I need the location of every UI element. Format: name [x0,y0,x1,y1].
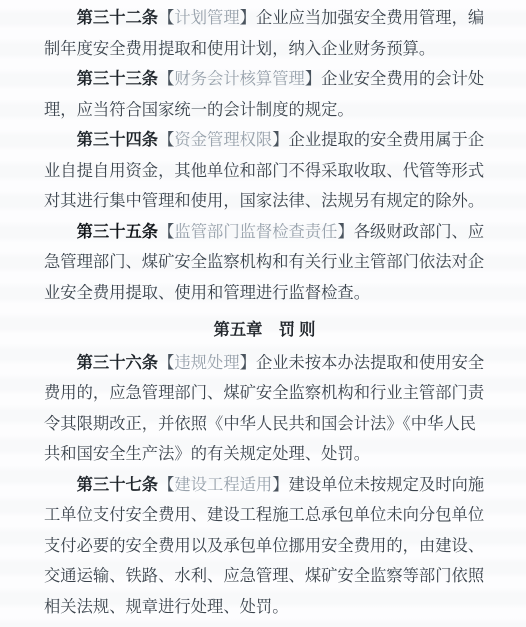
bracket-close: 】 [240,8,256,27]
bracket-open: 【 [158,130,174,149]
bracket-close: 】 [337,222,353,241]
article-bracket-title: 资金管理权限 [174,130,272,149]
bracket-close: 】 [240,353,256,372]
chapter-heading: 第五章 罚 则 [44,315,485,346]
article-body-text: 建设单位未按规定及时向施 工单位支付安全费用、建设工程施工总承包单位未向分包单位… [44,475,484,616]
article-paragraph-37: 第三十七条【建设工程适用】建设单位未按规定及时向施 工单位支付安全费用、建设工程… [44,470,485,623]
article-number-label: 第三十三条 [77,69,159,88]
article-number-label: 第三十五条 [77,223,159,241]
article-paragraph-34: 第三十四条【资金管理权限】企业提取的安全费用属于企 业自提自用资金，其他单位和部… [44,125,485,217]
article-number-label: 第三十七条 [77,475,159,494]
article-number-label: 第三十二条 [77,8,159,27]
bracket-open: 【 [158,8,174,27]
article-number-label: 第三十六条 [77,353,159,372]
article-paragraph-33: 第三十三条【财务会计核算管理】企业安全费用的会计处 理，应当符合国家统一的会计制… [44,64,485,125]
article-number-label: 第三十四条 [77,130,159,149]
article-paragraph-36: 第三十六条【违规处理】企业未按本办法提取和使用安全 费用的，应急管理部门、煤矿安… [44,348,485,470]
article-bracket-title: 违规处理 [174,353,239,372]
bracket-open: 【 [158,475,174,494]
document-page: 第三十二条【计划管理】企业应当加强安全费用管理，编 制年度安全费用提取和使用计划… [0,0,526,627]
bracket-close: 】 [272,130,288,149]
article-paragraph-32: 第三十二条【计划管理】企业应当加强安全费用管理，编 制年度安全费用提取和使用计划… [44,3,485,64]
bracket-close: 】 [272,475,288,494]
bracket-close: 】 [305,69,321,88]
article-bracket-title: 计划管理 [174,8,239,27]
article-bracket-title: 财务会计核算管理 [174,69,304,88]
bracket-open: 【 [158,353,174,372]
bracket-open: 【 [158,69,174,88]
article-bracket-title: 监管部门监督检查责任 [174,222,337,241]
article-paragraph-35: 第三十五条【监管部门监督检查责任】各级财政部门、应 急管理部门、煤矿安全监察机构… [44,217,485,309]
article-bracket-title: 建设工程适用 [174,475,272,494]
bracket-open: 【 [158,222,174,241]
